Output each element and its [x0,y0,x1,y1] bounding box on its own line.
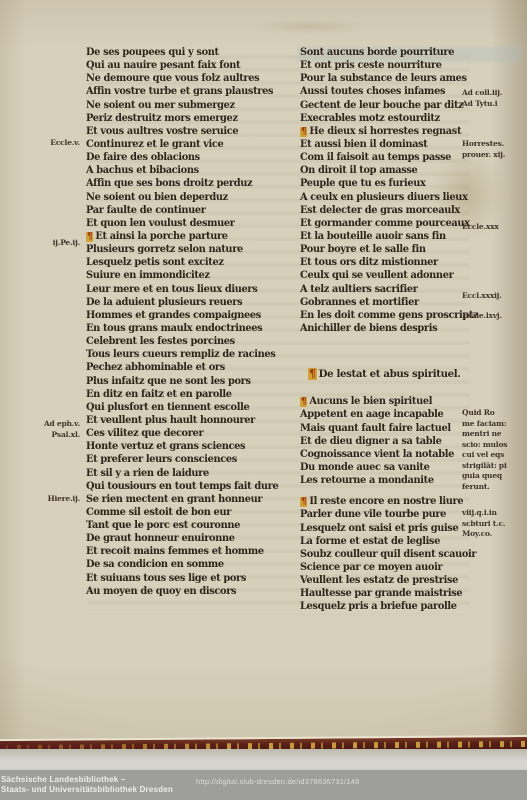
margin-citation-line: Psal.xl. [20,430,80,441]
verse-line: De sa condicion en somme [86,558,298,571]
verse-line: ¶Il reste encore en nostre liure [300,495,468,508]
verse-line: Lesquelz pris a briefue parolle [300,600,468,613]
margin-citation-line: Ad Tytu.i [462,99,524,110]
verse-line: Sont aucuns borde pourriture [300,46,468,59]
right-verse-block-b: ¶Aucuns le bien spirituelAppetent en aag… [300,395,468,487]
margin-citation: viij.q.i.inscbturi t.c.Moy.co. [462,508,524,540]
verse-line: Et vous aultres vostre seruice [86,125,298,138]
verse-line: Et aussi bien il dominast [300,138,468,151]
margin-citation-line: me faciam: [462,419,524,430]
margin-citation-line: Horrestes. [462,139,524,150]
verse-line: Tant que le porc est couronne [86,519,298,532]
verse-line: En tous grans maulx endoctrinees [86,322,298,335]
verse-line: Cognoissance vient la notable [300,448,468,461]
verse-line: Pour boyre et le salle fin [300,243,468,256]
verse-line: Gectent de leur bouche par ditz [300,99,468,112]
margin-citation-line: Moy.co. [462,529,524,540]
verse-line: Parler dune vile tourbe pure [300,508,468,521]
verse-line: De faire des oblacions [86,151,298,164]
verse-line: Par faulte de continuer [86,204,298,217]
verse-line: Et ont pris ceste nourriture [300,59,468,72]
pilcrow-mark: ¶ [300,497,307,507]
verse-line: Et veullent plus hault honnourer [86,414,298,427]
verse-line: En les doit comme gens proscriptz [300,309,468,322]
verse-line: ¶Et ainsi la porche parture [86,230,298,243]
verse-line: Peuple que tu es furieux [300,177,468,190]
verse-line: Plus infaitz que ne sont les pors [86,375,298,388]
margin-citation-line: scio: mulos [462,440,524,451]
margin-citation-line: Esaie.lxvj. [462,311,524,322]
verse-line: Qui tousiours en tout temps fait dure [86,480,298,493]
verse-line: De la aduient plusieurs reuers [86,296,298,309]
verse-line: Ne soient ou mer submergez [86,99,298,112]
verse-line: De ses poupees qui y sont [86,46,298,59]
verse-line: Pechez abhominable et ors [86,361,298,374]
margin-citation-line: prouer. xij. [462,150,524,161]
margin-citation: Ad coll.iij.Ad Tytu.i [462,88,524,109]
verse-line: Gobrannes et mortifier [300,296,468,309]
margin-citation: Eccle.xxx [462,222,524,233]
right-verse-block-a: Sont aucuns borde pourritureEt ont pris … [300,46,468,335]
margin-citation: Eccl.xxxij. [462,291,524,302]
verse-line: Anichiller de biens despris [300,322,468,335]
verse-line: ¶Aucuns le bien spirituel [300,395,468,408]
margin-citation: Eccle.v. [20,138,80,149]
verse-line: Au moyen de quoy en discors [86,585,298,598]
verse-line: Et preferer leurs consciences [86,453,298,466]
verse-line: Lesquelz ont saisi et pris guise [300,522,468,535]
verse-line: Execrables motz estourditz [300,112,468,125]
verse-line: ¶He dieux si horrestes regnast [300,125,468,138]
verse-line: Hommes et grandes compaignees [86,309,298,322]
verse-line: Comme sil estoit de bon eur [86,506,298,519]
verse-line: Les retourne a mondanite [300,474,468,487]
verse-line: De graut honneur enuironne [86,532,298,545]
background-cloth [0,749,527,770]
library-name-line2: Staats- und Universitätsbibliothek Dresd… [1,785,173,795]
margin-citation-line: Ad eph.v. [20,419,80,430]
verse-line: Aussi toutes choses infames [300,85,468,98]
verse-line: Lesquelz petis sont excitez [86,256,298,269]
verse-line: Et quon len voulust desmuer [86,217,298,230]
verse-line: Et de dieu digner a sa table [300,435,468,448]
margin-citation-line: Hiere.ij. [20,494,80,505]
verse-line: Et recoit mains femmes et homme [86,545,298,558]
margin-citation-line: Quid Ro [462,408,524,419]
verse-line: Suiure en immondicitez [86,269,298,282]
margin-citation-line: Eccle.v. [20,138,80,149]
scan-url: http://digital.slub-dresden.de/id3786367… [196,777,360,786]
verse-line: Celebrent les festes porcines [86,335,298,348]
margin-citation-line: Ad coll.iij. [462,88,524,99]
verse-line: A ceulx en plusieurs diuers lieux [300,191,468,204]
verse-line: Ne demoure que vous folz aultres [86,72,298,85]
pilcrow-mark: ¶ [86,232,93,242]
verse-line: Science par ce moyen auoir [300,561,468,574]
verse-line: En ditz en faitz et en parolle [86,388,298,401]
verse-line: A telz aultiers sacrifier [300,283,468,296]
verse-line: Et gormander comme pourceaux [300,217,468,230]
verse-line: Affin vostre turbe et grans plaustres [86,85,298,98]
verse-line: Ces vilitez que decorer [86,427,298,440]
verse-line: Honte vertuz et grans sciences [86,440,298,453]
verse-line: Pour la substance de leurs ames [300,72,468,85]
verse-line: Soubz coulleur quil disent scauoir [300,548,468,561]
margin-citation: ij.Pe.ij. [20,238,80,249]
verse-line: Et la bouteille auoir sans fin [300,230,468,243]
verse-line: Qui au nauire pesant faix font [86,59,298,72]
verse-line: Periz destruitz mors emergez [86,112,298,125]
pilcrow-mark: ¶ [300,397,307,407]
library-name-line1: Sächsische Landesbibliothek – [1,775,173,785]
margin-citation-line: Eccl.xxxij. [462,291,524,302]
verse-line: Veullent les estatz de prestrise [300,574,468,587]
verse-line: ¶De lestat et abus spirituel. [308,368,468,381]
verse-line: Com il faisoit au temps passe [300,151,468,164]
verse-line: Continurez et le grant vice [86,138,298,151]
margin-citation: Hiere.ij. [20,494,80,505]
margin-citation: Quid Rome faciam:mentri nescio: muloscui… [462,408,524,492]
verse-line: On diroit il top amasse [300,164,468,177]
verse-line: Se rien mectent en grant honneur [86,493,298,506]
right-verse-block-c: ¶Il reste encore en nostre liureParler d… [300,495,468,613]
margin-citation-line: Eccle.xxx [462,222,524,233]
verse-line: Du monde auec sa vanite [300,461,468,474]
right-text-column: Sont aucuns borde pourritureEt ont pris … [300,46,468,613]
margin-citation-line: mentri ne [462,429,524,440]
verse-line: La forme et estat de leglise [300,535,468,548]
margin-citation-line: viij.q.i.in [462,508,524,519]
verse-line: Et sil y a rien de laidure [86,467,298,480]
verse-line: Et suiuans tous ses lige et pors [86,572,298,585]
verse-line: Appetent en aage incapable [300,408,468,421]
footer-bar: Sächsische Landesbibliothek – Staats- un… [0,770,527,800]
verse-line: Plusieurs gorretz selon nature [86,243,298,256]
verse-line: Et tous ors ditz mistionner [300,256,468,269]
verse-line: Haultesse par grande maistrise [300,587,468,600]
pilcrow-mark: ¶ [308,368,317,380]
verse-line: Est delecter de gras morceaulx [300,204,468,217]
verse-line: A bachus et bibacions [86,164,298,177]
verse-line: Affin que ses bons droitz perduz [86,177,298,190]
margin-citation: Horrestes.prouer. xij. [462,139,524,160]
margin-citation-line: guia queq [462,471,524,482]
library-name: Sächsische Landesbibliothek – Staats- un… [1,775,173,794]
margin-citation: Esaie.lxvj. [462,311,524,322]
margin-citation-line: strigilāt: pi [462,461,524,472]
left-text-column: De ses poupees qui y sontQui au nauire p… [86,46,298,598]
verse-line: Ceulx qui se veullent adonner [300,269,468,282]
margin-citation: Ad eph.v.Psal.xl. [20,419,80,440]
verse-line: Leur mere et en tous lieux diuers [86,283,298,296]
margin-citation-line: cui vel eqs [462,450,524,461]
book-scan-viewer: De ses poupees qui y sontQui au nauire p… [0,0,527,800]
verso-header-bleedthrough [240,20,380,33]
verse-line: Tous leurs cueurs rempliz de racines [86,348,298,361]
book-page-photo: De ses poupees qui y sontQui au nauire p… [0,0,527,741]
margin-citation-line: ferunt. [462,482,524,493]
section-heading: ¶De lestat et abus spirituel. [308,368,468,381]
pilcrow-mark: ¶ [300,127,307,137]
margin-citation-line: ij.Pe.ij. [20,238,80,249]
verse-line: Ne soient ou bien deperduz [86,191,298,204]
verse-line: Mais quant fault faire lactuel [300,422,468,435]
verse-line: Qui plusfort en tiennent escolle [86,401,298,414]
margin-citation-line: scbturi t.c. [462,519,524,530]
